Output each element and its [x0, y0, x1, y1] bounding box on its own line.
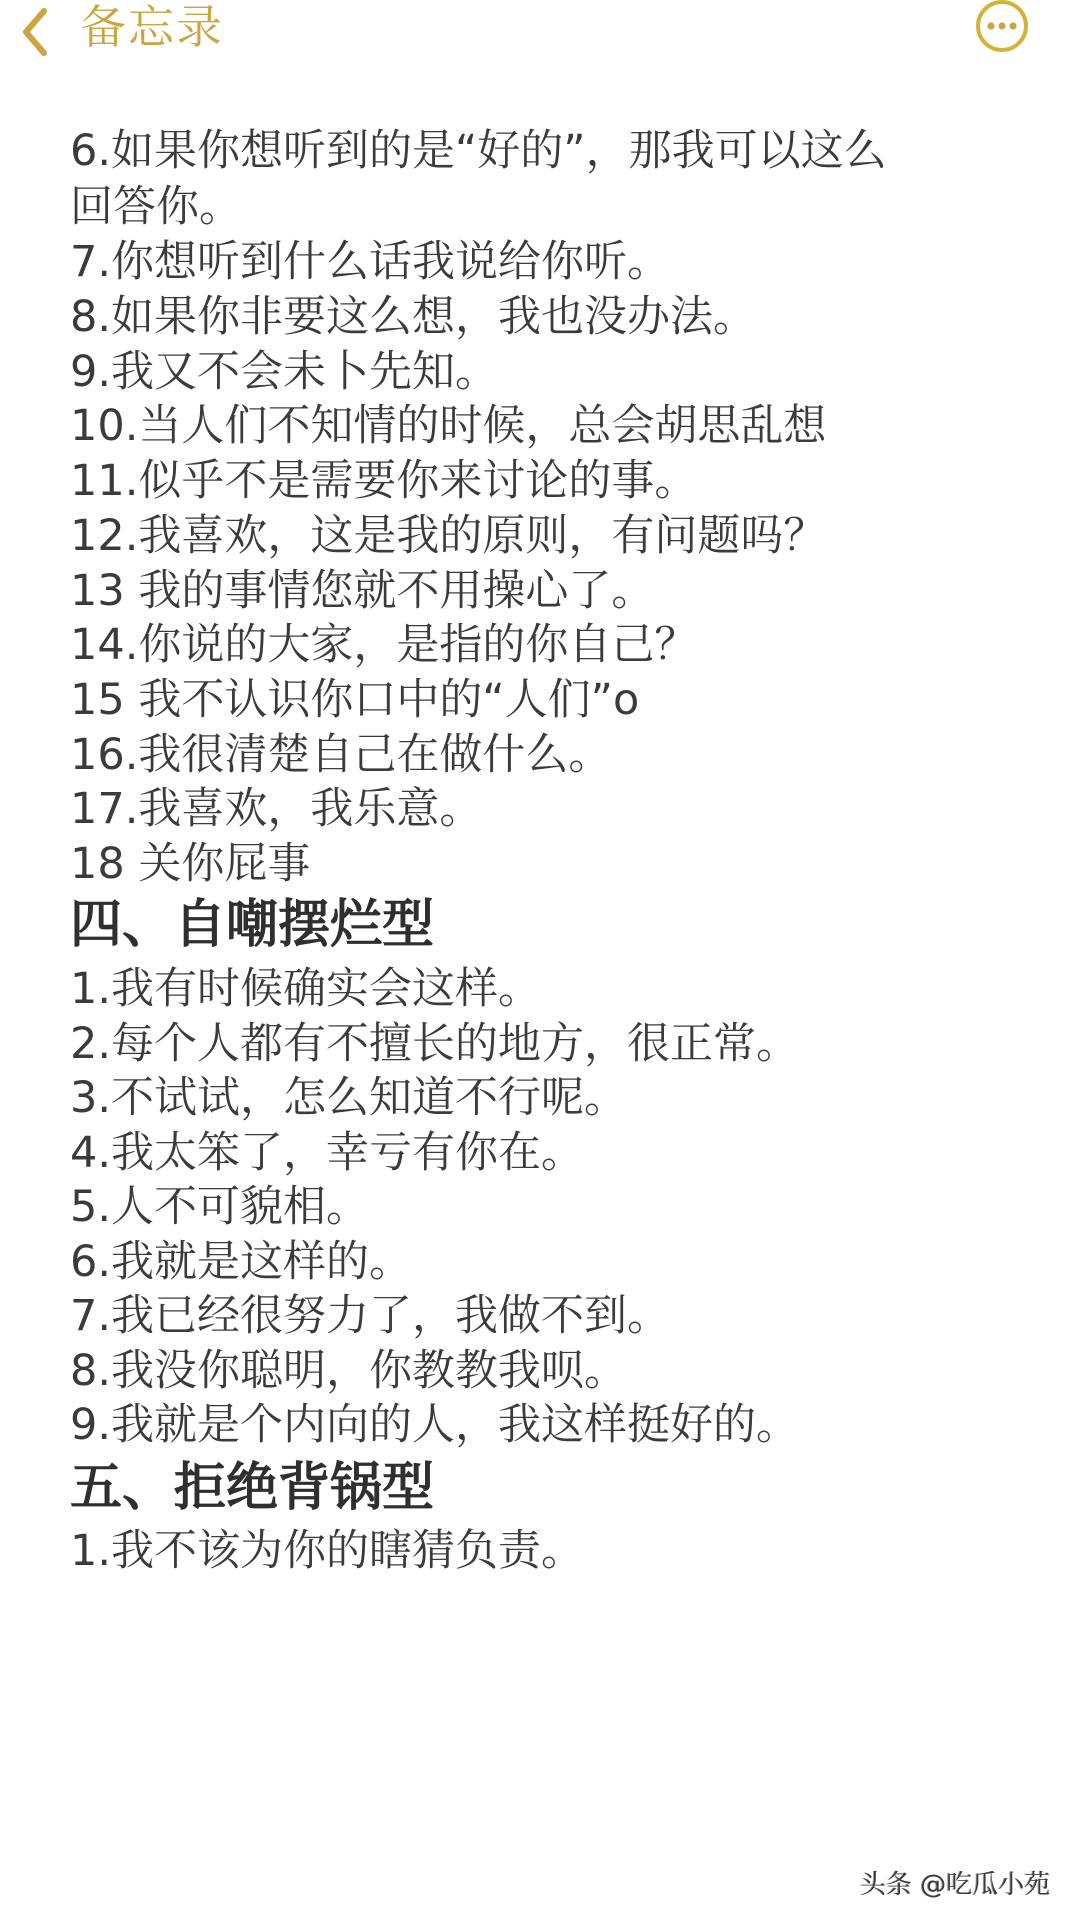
note-line: 6.如果你想听到的是“好的”，那我可以这么 [70, 124, 887, 178]
page-title: 备忘录 [80, 0, 224, 54]
note-line: 3.不试试，怎么知道不行呢。 [70, 1071, 627, 1125]
note-line: 17.我喜欢，我乐意。 [70, 782, 482, 836]
note-line: 7.我已经很努力了，我做不到。 [70, 1289, 670, 1343]
note-line: 8.如果你非要这么想，我也没办法。 [70, 290, 756, 344]
back-button[interactable] [20, 2, 50, 62]
note-line: 15 我不认识你口中的“人们”o [70, 673, 639, 727]
section-heading: 四、自嘲摆烂型 [70, 893, 434, 957]
note-line: 16.我很清楚自己在做什么。 [70, 728, 611, 782]
more-options-button[interactable] [972, 0, 1032, 56]
more-circle-icon [972, 41, 1032, 60]
note-line: 18 关你屁事 [70, 837, 310, 891]
note-line: 2.每个人都有不擅长的地方，很正常。 [70, 1017, 799, 1071]
note-line: 1.我有时候确实会这样。 [70, 962, 541, 1016]
chevron-left-icon [20, 7, 50, 57]
note-line: 9.我就是个内向的人，我这样挺好的。 [70, 1398, 799, 1452]
watermark: 头条 @吃瓜小苑 [860, 1868, 1050, 1902]
note-line: 13 我的事情您就不用操心了。 [70, 564, 654, 618]
note-line: 4.我太笨了，幸亏有你在。 [70, 1126, 584, 1180]
note-line: 9.我又不会未卜先知。 [70, 345, 498, 399]
note-line: 5.人不可貌相。 [70, 1180, 369, 1234]
section-heading: 五、拒绝背锅型 [70, 1456, 434, 1520]
note-line: 10.当人们不知情的时候，总会胡思乱想 [70, 399, 826, 453]
notes-header: 备忘录 [0, 0, 1080, 70]
note-line: 1.我不该为你的瞎猜负责。 [70, 1524, 584, 1578]
note-line: 8.我没你聪明，你教教我呗。 [70, 1344, 627, 1398]
note-line: 14.你说的大家，是指的你自己？ [70, 618, 697, 672]
note-line: 11.似乎不是需要你来讨论的事。 [70, 454, 697, 508]
note-line: 12.我喜欢，这是我的原则，有问题吗？ [70, 509, 826, 563]
note-line: 7.你想听到什么话我说给你听。 [70, 235, 670, 289]
note-line: 6.我就是这样的。 [70, 1235, 412, 1289]
note-line: 回答你。 [70, 180, 242, 234]
